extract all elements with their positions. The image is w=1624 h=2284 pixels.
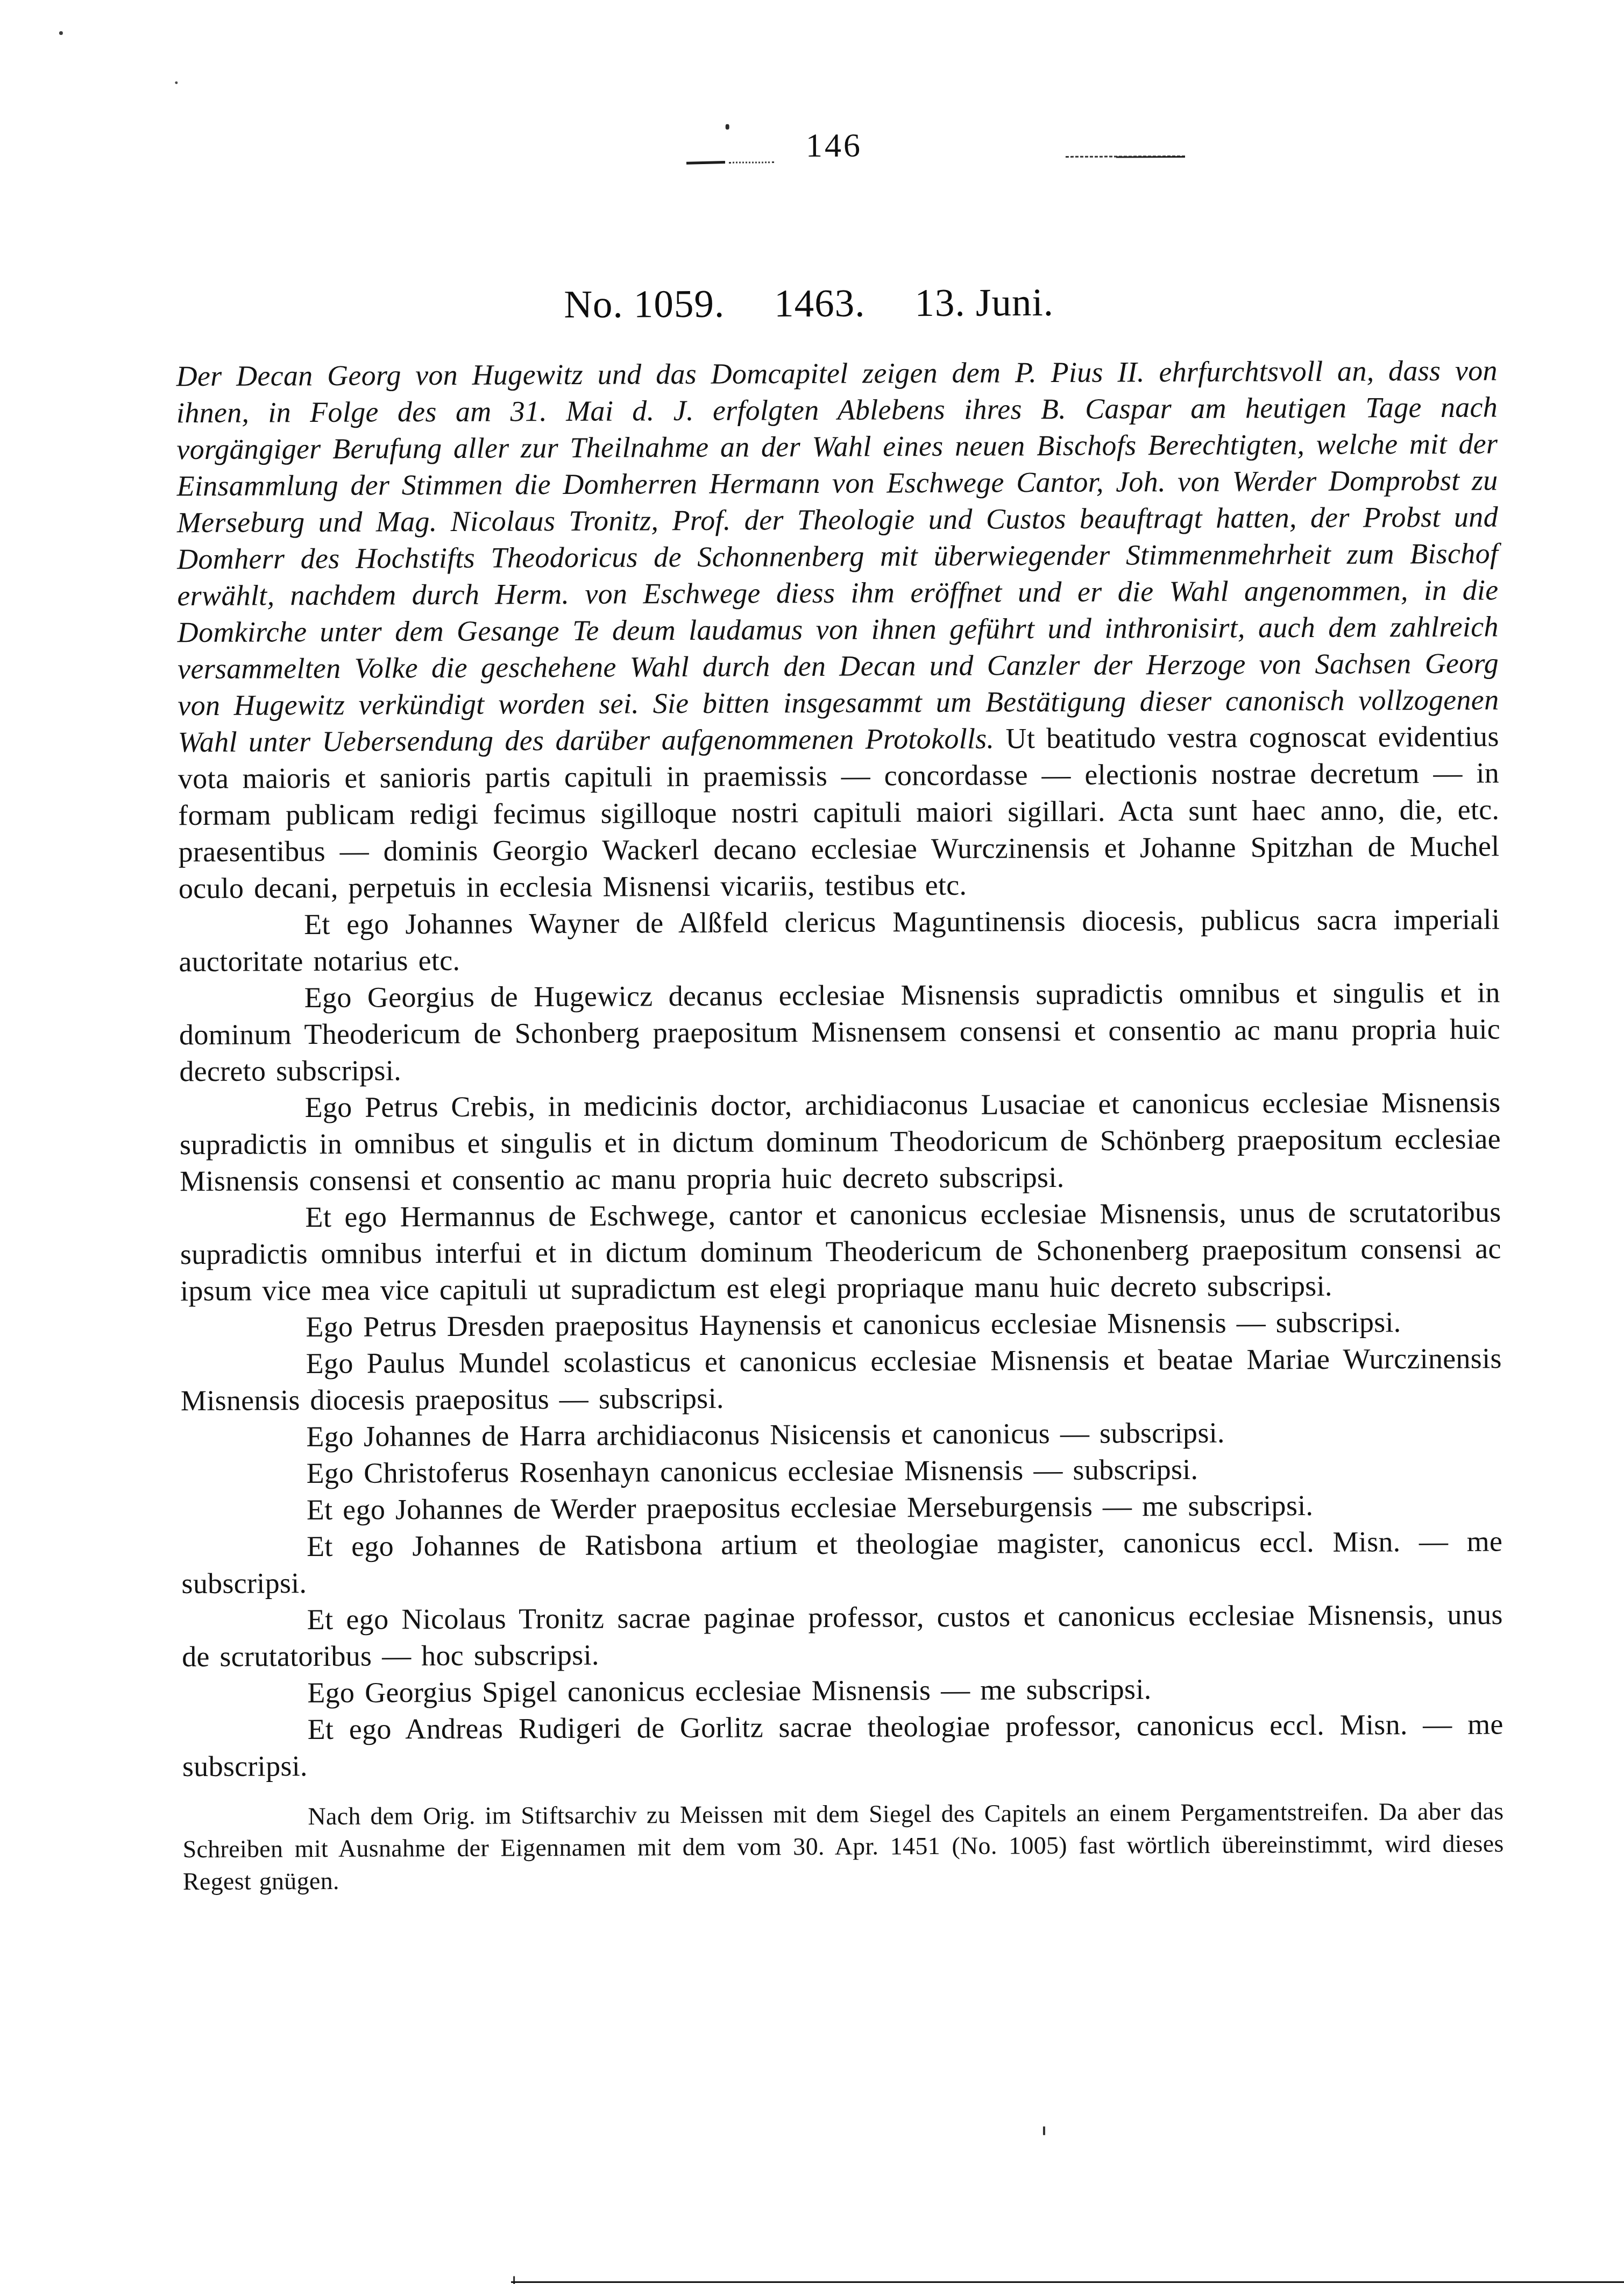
- entry-date: 13. Juni.: [914, 280, 1054, 324]
- scanned-book-page: { "meta": { "ink_color": "#121212", "pap…: [0, 0, 1624, 2284]
- subscription-paragraph: Ego Paulus Mundel scolasticus et canonic…: [181, 1340, 1502, 1419]
- subscription-paragraph: Ego Petrus Dresden praepositus Haynensis…: [180, 1303, 1501, 1346]
- subscription-paragraph: Et ego Hermannus de Eschwege, cantor et …: [180, 1193, 1501, 1309]
- regest-paragraph: Der Decan Georg von Hugewitz und das Dom…: [176, 352, 1500, 907]
- regest-german-text: Der Decan Georg von Hugewitz und das Dom…: [176, 354, 1499, 758]
- entry-number: No. 1059.: [564, 282, 725, 326]
- subscription-paragraph: Et ego Nicolaus Tronitz sacrae paginae p…: [182, 1596, 1504, 1675]
- page-number: 146: [22, 123, 1624, 168]
- page-sheet: 146 No. 1059.1463.13. Juni. Der Decan Ge…: [0, 0, 1624, 2284]
- subscription-paragraph: Et ego Johannes de Ratisbona artium et t…: [181, 1523, 1503, 1602]
- subscription-paragraph: Ego Petrus Crebis, in medicinis doctor, …: [179, 1084, 1501, 1199]
- subscription-paragraph: Et ego Johannes de Werder praepositus ec…: [181, 1486, 1502, 1529]
- scan-artifact-speck: [59, 31, 63, 35]
- source-footnote: Nach dem Orig. im Stiftsarchiv zu Meisse…: [182, 1795, 1504, 1898]
- subscription-paragraph: Ego Georgius de Hugewicz decanus ecclesi…: [179, 974, 1501, 1090]
- entry-body: Der Decan Georg von Hugewitz und das Dom…: [176, 352, 1504, 1898]
- subscription-paragraph: Ego Christoferus Rosenhayn canonicus ecc…: [181, 1449, 1502, 1492]
- subscription-paragraph: Ego Johannes de Harra archidiaconus Nisi…: [181, 1413, 1502, 1455]
- subscription-paragraph: Et ego Andreas Rudigeri de Gorlitz sacra…: [182, 1706, 1504, 1785]
- scan-artifact-speck: [513, 2276, 515, 2284]
- scan-artifact-speck: [175, 81, 178, 84]
- subscription-paragraph: Et ego Johannes Wayner de Alßfeld cleric…: [179, 901, 1500, 980]
- scan-artifact-speck: [1043, 2126, 1045, 2135]
- entry-heading: No. 1059.1463.13. Juni.: [0, 277, 1621, 329]
- entry-year: 1463.: [774, 281, 866, 326]
- subscription-paragraph: Ego Georgius Spigel canonicus ecclesiae …: [182, 1669, 1503, 1712]
